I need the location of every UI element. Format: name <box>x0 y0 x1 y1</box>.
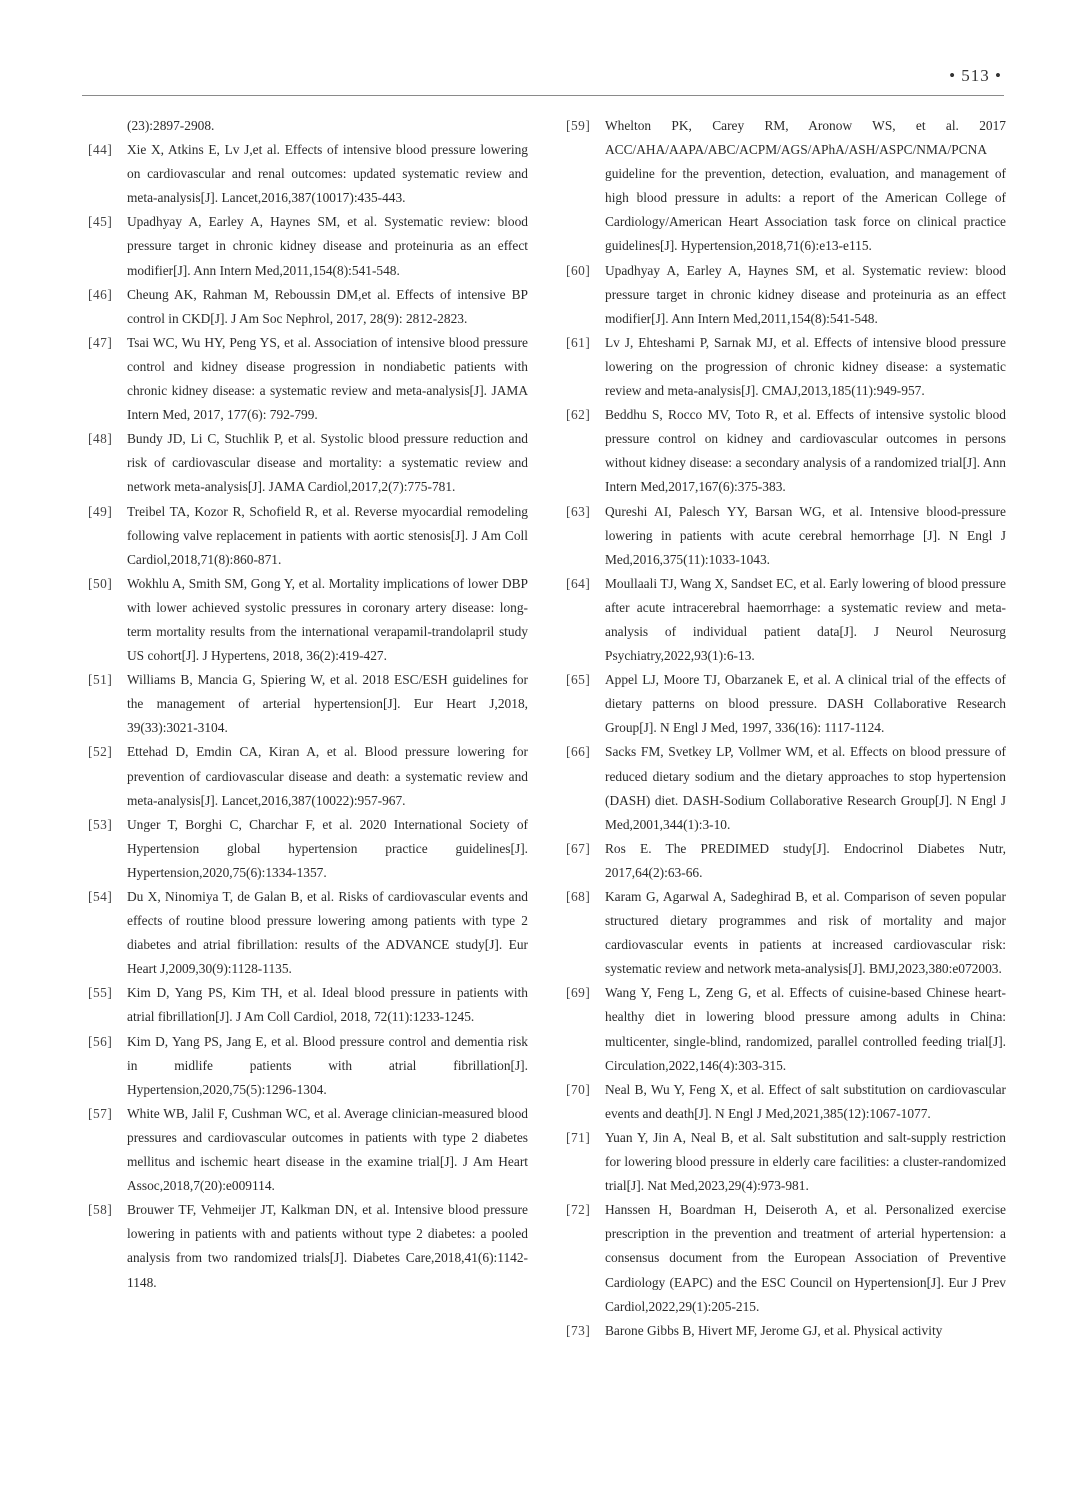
reference-text: Upadhyay A, Earley A, Haynes SM, et al. … <box>605 263 1006 326</box>
reference-number: [55] <box>88 981 112 1005</box>
reference-number: [63] <box>566 500 590 524</box>
reference-number: [59] <box>566 114 590 138</box>
reference-text: Wang Y, Feng L, Zeng G, et al. Effects o… <box>605 985 1006 1072</box>
reference-text: Wokhlu A, Smith SM, Gong Y, et al. Morta… <box>127 576 528 663</box>
reference-continuation: (23):2897-2908. <box>88 114 528 138</box>
reference-text: Appel LJ, Moore TJ, Obarzanek E, et al. … <box>605 672 1006 735</box>
reference-number: [50] <box>88 572 112 596</box>
reference-text: Karam G, Agarwal A, Sadeghirad B, et al.… <box>605 889 1006 976</box>
reference-text: Barone Gibbs B, Hivert MF, Jerome GJ, et… <box>605 1323 942 1338</box>
reference-entry: [51]Williams B, Mancia G, Spiering W, et… <box>88 668 528 740</box>
reference-number: [48] <box>88 427 112 451</box>
reference-number: [71] <box>566 1126 590 1150</box>
header-rule <box>82 95 1004 96</box>
reference-number: [60] <box>566 259 590 283</box>
reference-text: Upadhyay A, Earley A, Haynes SM, et al. … <box>127 214 528 277</box>
reference-entry: [71]Yuan Y, Jin A, Neal B, et al. Salt s… <box>566 1126 1006 1198</box>
reference-number: [58] <box>88 1198 112 1222</box>
reference-number: [47] <box>88 331 112 355</box>
reference-number: [49] <box>88 500 112 524</box>
reference-entry: [72]Hanssen H, Boardman H, Deiseroth A, … <box>566 1198 1006 1318</box>
reference-entry: [55]Kim D, Yang PS, Kim TH, et al. Ideal… <box>88 981 528 1029</box>
reference-entry: [59]Whelton PK, Carey RM, Aronow WS, et … <box>566 114 1006 259</box>
reference-entry: [56]Kim D, Yang PS, Jang E, et al. Blood… <box>88 1030 528 1102</box>
reference-entry: [48]Bundy JD, Li C, Stuchlik P, et al. S… <box>88 427 528 499</box>
reference-entry: [62]Beddhu S, Rocco MV, Toto R, et al. E… <box>566 403 1006 499</box>
reference-text: Unger T, Borghi C, Charchar F, et al. 20… <box>127 817 528 880</box>
reference-entry: [45]Upadhyay A, Earley A, Haynes SM, et … <box>88 210 528 282</box>
reference-entry: [61]Lv J, Ehteshami P, Sarnak MJ, et al.… <box>566 331 1006 403</box>
reference-number: [57] <box>88 1102 112 1126</box>
reference-number: [52] <box>88 740 112 764</box>
reference-entry: [73]Barone Gibbs B, Hivert MF, Jerome GJ… <box>566 1319 1006 1343</box>
reference-text: Treibel TA, Kozor R, Schofield R, et al.… <box>127 504 528 567</box>
reference-text: Whelton PK, Carey RM, Aronow WS, et al. … <box>605 118 1006 253</box>
reference-entry: [70]Neal B, Wu Y, Feng X, et al. Effect … <box>566 1078 1006 1126</box>
reference-number: [54] <box>88 885 112 909</box>
reference-entry: [53]Unger T, Borghi C, Charchar F, et al… <box>88 813 528 885</box>
reference-text: Ros E. The PREDIMED study[J]. Endocrinol… <box>605 841 1006 880</box>
reference-text: Lv J, Ehteshami P, Sarnak MJ, et al. Eff… <box>605 335 1006 398</box>
reference-number: [68] <box>566 885 590 909</box>
reference-entry: [60]Upadhyay A, Earley A, Haynes SM, et … <box>566 259 1006 331</box>
reference-number: [73] <box>566 1319 590 1343</box>
reference-entry: [65]Appel LJ, Moore TJ, Obarzanek E, et … <box>566 668 1006 740</box>
reference-text: Yuan Y, Jin A, Neal B, et al. Salt subst… <box>605 1130 1006 1193</box>
reference-number: [67] <box>566 837 590 861</box>
references-left-column: (23):2897-2908. [44]Xie X, Atkins E, Lv … <box>88 114 528 1295</box>
reference-entry: [68]Karam G, Agarwal A, Sadeghirad B, et… <box>566 885 1006 981</box>
references-right-column: [59]Whelton PK, Carey RM, Aronow WS, et … <box>566 114 1006 1343</box>
reference-text: Sacks FM, Svetkey LP, Vollmer WM, et al.… <box>605 744 1006 831</box>
reference-text: Brouwer TF, Vehmeijer JT, Kalkman DN, et… <box>127 1202 528 1289</box>
reference-text: Hanssen H, Boardman H, Deiseroth A, et a… <box>605 1202 1006 1313</box>
reference-entry: [46]Cheung AK, Rahman M, Reboussin DM,et… <box>88 283 528 331</box>
reference-text: Moullaali TJ, Wang X, Sandset EC, et al.… <box>605 576 1006 663</box>
reference-number: [51] <box>88 668 112 692</box>
reference-entry: [64]Moullaali TJ, Wang X, Sandset EC, et… <box>566 572 1006 668</box>
reference-entry: [69]Wang Y, Feng L, Zeng G, et al. Effec… <box>566 981 1006 1077</box>
reference-text: Williams B, Mancia G, Spiering W, et al.… <box>127 672 528 735</box>
reference-entry: [44]Xie X, Atkins E, Lv J,et al. Effects… <box>88 138 528 210</box>
reference-entry: [47]Tsai WC, Wu HY, Peng YS, et al. Asso… <box>88 331 528 427</box>
reference-text: Bundy JD, Li C, Stuchlik P, et al. Systo… <box>127 431 528 494</box>
reference-number: [66] <box>566 740 590 764</box>
reference-number: [46] <box>88 283 112 307</box>
reference-entry: [66]Sacks FM, Svetkey LP, Vollmer WM, et… <box>566 740 1006 836</box>
reference-text: Kim D, Yang PS, Jang E, et al. Blood pre… <box>127 1034 528 1097</box>
reference-number: [62] <box>566 403 590 427</box>
reference-entry: [57]White WB, Jalil F, Cushman WC, et al… <box>88 1102 528 1198</box>
reference-entry: [54]Du X, Ninomiya T, de Galan B, et al.… <box>88 885 528 981</box>
reference-text: Du X, Ninomiya T, de Galan B, et al. Ris… <box>127 889 528 976</box>
reference-number: [61] <box>566 331 590 355</box>
reference-text: Beddhu S, Rocco MV, Toto R, et al. Effec… <box>605 407 1006 494</box>
reference-entry: [67]Ros E. The PREDIMED study[J]. Endocr… <box>566 837 1006 885</box>
reference-entry: [58]Brouwer TF, Vehmeijer JT, Kalkman DN… <box>88 1198 528 1294</box>
reference-text: Tsai WC, Wu HY, Peng YS, et al. Associat… <box>127 335 528 422</box>
reference-text: Cheung AK, Rahman M, Reboussin DM,et al.… <box>127 287 528 326</box>
reference-entry: [52]Ettehad D, Emdin CA, Kiran A, et al.… <box>88 740 528 812</box>
reference-number: [69] <box>566 981 590 1005</box>
reference-entry: [49]Treibel TA, Kozor R, Schofield R, et… <box>88 500 528 572</box>
reference-text: Xie X, Atkins E, Lv J,et al. Effects of … <box>127 142 528 205</box>
reference-entry: [63]Qureshi AI, Palesch YY, Barsan WG, e… <box>566 500 1006 572</box>
reference-text: White WB, Jalil F, Cushman WC, et al. Av… <box>127 1106 528 1193</box>
reference-text: Kim D, Yang PS, Kim TH, et al. Ideal blo… <box>127 985 528 1024</box>
reference-number: [44] <box>88 138 112 162</box>
reference-number: [72] <box>566 1198 590 1222</box>
reference-entry: [50]Wokhlu A, Smith SM, Gong Y, et al. M… <box>88 572 528 668</box>
reference-text: Neal B, Wu Y, Feng X, et al. Effect of s… <box>605 1082 1006 1121</box>
page-number: • 513 • <box>949 66 1002 86</box>
reference-number: [53] <box>88 813 112 837</box>
reference-number: [64] <box>566 572 590 596</box>
reference-number: [70] <box>566 1078 590 1102</box>
reference-text: Ettehad D, Emdin CA, Kiran A, et al. Blo… <box>127 744 528 807</box>
reference-text: Qureshi AI, Palesch YY, Barsan WG, et al… <box>605 504 1006 567</box>
reference-number: [65] <box>566 668 590 692</box>
reference-number: [45] <box>88 210 112 234</box>
reference-number: [56] <box>88 1030 112 1054</box>
